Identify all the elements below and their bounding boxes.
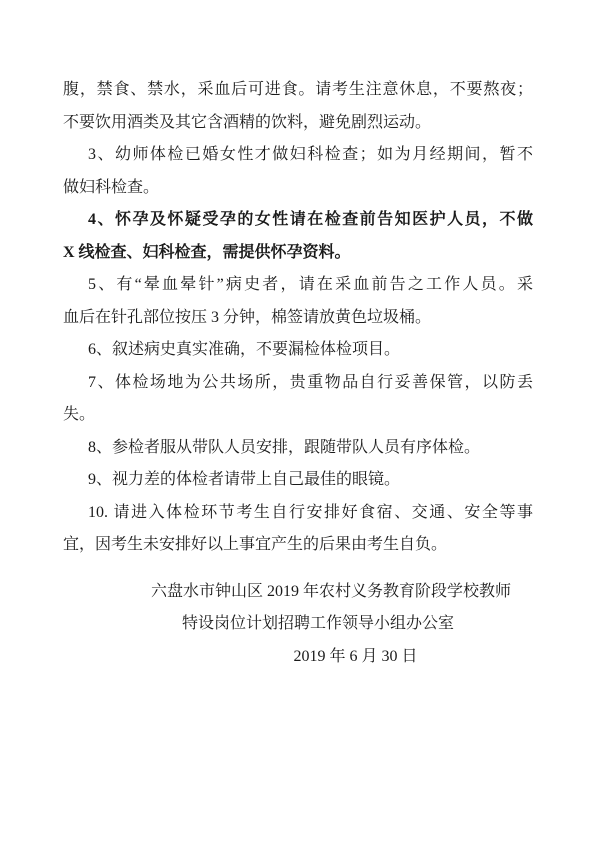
body-line-item-3: 3、幼师体检已婚女性才做妇科检查；如为月经期间，暂不 [63,139,533,172]
body-line-item-5: 5、有“晕血晕针”病史者，请在采血前告之工作人员。采 [63,269,533,302]
document-page: 腹，禁食、禁水，采血后可进食。请考生注意休息，不要熬夜； 不要饮用酒类及其它含酒… [0,0,596,842]
body-line: 失。 [63,399,533,432]
body-line-item-7: 7、体检场地为公共场所，贵重物品自行妥善保管，以防丢 [63,367,533,400]
body-line: 宜，因考生未安排好以上事宜产生的后果由考生自负。 [63,529,533,562]
body-line: 不要饮用酒类及其它含酒精的饮料，避免剧烈运动。 [63,107,533,140]
body-line: 血后在针孔部位按压 3 分钟，棉签请放黄色垃圾桶。 [63,302,533,335]
signature-gap [63,562,533,576]
body-line-item-4: 4、怀孕及怀疑受孕的女性请在检查前告知医护人员，不做 [63,204,533,237]
body-line-item-9: 9、视力差的体检者请带上自己最佳的眼镜。 [63,464,533,497]
body-line: X 线检查、妇科检查，需提供怀孕资料。 [63,237,533,270]
body-line: 腹，禁食、禁水，采血后可进食。请考生注意休息，不要熬夜； [63,74,533,107]
signature-org-line-1: 六盘水市钟山区 2019 年农村义务教育阶段学校教师 [63,576,533,609]
body-line-item-6: 6、叙述病史真实准确，不要漏检体检项目。 [63,334,533,367]
signature-date: 2019 年 6 月 30 日 [63,641,533,674]
document-body: 腹，禁食、禁水，采血后可进食。请考生注意休息，不要熬夜； 不要饮用酒类及其它含酒… [63,74,533,673]
body-line-item-10: 10. 请进入体检环节考生自行安排好食宿、交通、安全等事 [63,497,533,530]
signature-org-line-2: 特设岗位计划招聘工作领导小组办公室 [63,608,533,641]
body-line-item-8: 8、参检者服从带队人员安排，跟随带队人员有序体检。 [63,432,533,465]
body-line: 做妇科检查。 [63,172,533,205]
